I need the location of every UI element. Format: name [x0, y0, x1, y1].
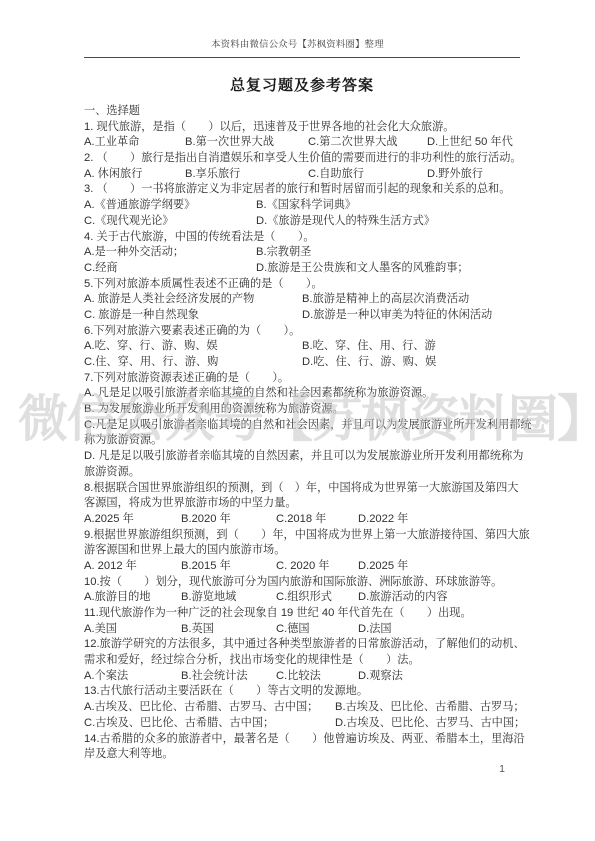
- question-text: A. 凡是足以吸引旅游者亲临其境的自然和社会因素都统称为旅游资源。: [84, 386, 520, 402]
- option-cell: B.英国: [181, 622, 276, 638]
- question-text: 11.现代旅游作为一种广泛的社会现象自 19 世纪 40 年代首先在（ ）出现。: [84, 606, 520, 622]
- option-cell: B.古埃及、巴比伦、古希腊、古罗马；: [335, 700, 525, 716]
- options-row: A.工业革命B.第一次世界大战C.第二次世界大战D.上世纪 50 年代: [84, 135, 520, 151]
- question-text: 5.下列对旅游本质属性表述不正确的是（ ）。: [84, 277, 520, 293]
- option-cell: C.住、穿、用、行、游、购: [84, 355, 302, 371]
- options-row: A.2025 年B.2020 年C.2018 年D.2022 年: [84, 512, 520, 528]
- options-row: C.经商D.旅游是王公贵族和文人墨客的风雅韵事；: [84, 261, 520, 277]
- option-cell: A. 2012 年: [84, 559, 181, 575]
- question-text: 游客源国和世界上最大的国内旅游市场。: [84, 543, 520, 559]
- question-text: 12.旅游学研究的方法很多，其中通过各种类型旅游者的日常旅游活动，了解他们的动机…: [84, 637, 520, 653]
- option-cell: C.《现代观光论》: [84, 214, 256, 230]
- question-text: 旅游资源。: [84, 465, 520, 481]
- option-cell: B.社会统计法: [181, 669, 276, 685]
- options-row: A. 旅游是人类社会经济发展的产物B.旅游是精神上的高层次消费活动: [84, 292, 520, 308]
- option-cell: A.个案法: [84, 669, 181, 685]
- option-cell: D.观察法: [358, 669, 520, 685]
- options-row: A.古埃及、巴比伦、古希腊、古罗马、古中国；B.古埃及、巴比伦、古希腊、古罗马；: [84, 700, 520, 716]
- section-heading: 一、选择题: [84, 104, 520, 120]
- option-cell: A. 休闲旅行: [84, 167, 185, 183]
- option-cell: A.美国: [84, 622, 181, 638]
- option-cell: C.自助旅行: [308, 167, 427, 183]
- question-text: 称为旅游资源。: [84, 433, 520, 449]
- option-cell: A.旅游目的地: [84, 590, 181, 606]
- question-text: B. 为发展旅游业所开发利用的资源统称为旅游资源。: [84, 402, 520, 418]
- options-row: A.美国B.英国C.德国D.法国: [84, 622, 520, 638]
- option-cell: C. 旅游是一种自然现象: [84, 308, 302, 324]
- option-cell: D.旅游是王公贵族和文人墨客的风雅韵事；: [256, 261, 520, 277]
- option-cell: B.享乐旅行: [185, 167, 308, 183]
- question-text: D. 凡是足以吸引旅游者亲临其境的自然因素，并且可以为发展旅游业所开发利用都统称…: [84, 449, 520, 465]
- option-cell: A.《普通旅游学纲要》: [84, 198, 256, 214]
- option-cell: C.经商: [84, 261, 256, 277]
- document-page: 本资料由微信公众号【苏枫资料圈】整理 总复习题及参考答案 一、选择题1. 现代旅…: [0, 0, 595, 841]
- option-cell: D.2022 年: [358, 512, 520, 528]
- option-cell: D.吃、住、行、游、购、娱: [302, 355, 520, 371]
- option-cell: A.2025 年: [84, 512, 181, 528]
- question-text: 2. （ ）旅行是指出自消遣娱乐和享受人生价值的需要而进行的非功利性的旅行活动。: [84, 151, 520, 167]
- option-cell: D.野外旅行: [427, 167, 520, 183]
- options-row: A.个案法B.社会统计法C.比较法D.观察法: [84, 669, 520, 685]
- option-cell: B.2015 年: [181, 559, 276, 575]
- question-text: C.凡是足以吸引旅游者亲临其境的自然和社会因素，并且可以为发展旅游业所开发利用都…: [84, 418, 520, 434]
- option-cell: C.比较法: [276, 669, 358, 685]
- question-text: 1. 现代旅游，是指（ ）以后，迅速普及于世界各地的社会化大众旅游。: [84, 120, 520, 136]
- option-cell: B.游览地域: [181, 590, 276, 606]
- option-cell: B.2020 年: [181, 512, 276, 528]
- option-cell: C.古埃及、巴比伦、古希腊、古中国；: [84, 716, 335, 732]
- option-cell: A.吃、穿、行、游、购、娱: [84, 339, 302, 355]
- question-text: 9.根据世界旅游组织预测，到（ ）年，中国将成为世界上第一大旅游接待国、第四大旅: [84, 528, 520, 544]
- option-cell: A.工业革命: [84, 135, 185, 151]
- page-number: 1: [492, 763, 512, 775]
- question-text: 需求和爱好，经过综合分析，找出市场变化的规律性是（ ）法。: [84, 653, 520, 669]
- option-cell: C. 2020 年: [276, 559, 358, 575]
- question-text: 13.古代旅行活动主要活跃在（ ）等古文明的发源地。: [84, 684, 520, 700]
- question-text: 6.下列对旅游六要素表述正确的为（ ）。: [84, 324, 520, 340]
- option-cell: D.古埃及、巴比伦、古罗马、古中国；: [335, 716, 525, 732]
- option-cell: D.旅游活动的内容: [358, 590, 520, 606]
- options-row: C. 旅游是一种自然现象D.旅游是一种以审美为特征的休闲活动: [84, 308, 520, 324]
- page-title: 总复习题及参考答案: [84, 74, 520, 95]
- header-rule: [84, 57, 520, 58]
- option-cell: A. 旅游是人类社会经济发展的产物: [84, 292, 302, 308]
- option-cell: B.旅游是精神上的高层次消费活动: [302, 292, 520, 308]
- option-cell: C.组织形式: [276, 590, 358, 606]
- option-cell: C.2018 年: [276, 512, 358, 528]
- question-text: 14.古希腊的众多的旅游者中，最著名是（ ）他曾遍访埃及、两亚、希腊本土，里海沿: [84, 732, 520, 748]
- options-row: A. 休闲旅行B.享乐旅行C.自助旅行D.野外旅行: [84, 167, 520, 183]
- option-cell: D.2025 年: [358, 559, 520, 575]
- options-row: A.是一种外交活动；B.宗教朝圣: [84, 245, 520, 261]
- option-cell: C.德国: [276, 622, 358, 638]
- options-row: C.住、穿、用、行、游、购D.吃、住、行、游、购、娱: [84, 355, 520, 371]
- option-cell: B.宗教朝圣: [256, 245, 520, 261]
- options-row: A. 2012 年B.2015 年C. 2020 年D.2025 年: [84, 559, 520, 575]
- question-text: 8.根据联合国世界旅游组织的预测，到（ ）年，中国将成为世界第一大旅游国及第四大: [84, 481, 520, 497]
- options-row: A.旅游目的地B.游览地域C.组织形式D.旅游活动的内容: [84, 590, 520, 606]
- options-row: A.吃、穿、行、游、购、娱B.吃、穿、住、用、行、游: [84, 339, 520, 355]
- option-cell: C.第二次世界大战: [308, 135, 427, 151]
- question-text: 4. 关于古代旅游，中国的传统看法是（ ）。: [84, 230, 520, 246]
- option-cell: D.上世纪 50 年代: [427, 135, 520, 151]
- option-cell: B.第一次世界大战: [185, 135, 308, 151]
- options-row: C.《现代观光论》D.《旅游是现代人的特殊生活方式》: [84, 214, 520, 230]
- question-text: 岸及意大利等地。: [84, 747, 520, 763]
- option-cell: A.是一种外交活动；: [84, 245, 256, 261]
- option-cell: D.《旅游是现代人的特殊生活方式》: [256, 214, 520, 230]
- header-note: 本资料由微信公众号【苏枫资料圈】整理: [0, 36, 595, 50]
- option-cell: B.《国家科学词典》: [256, 198, 520, 214]
- question-text: 7.下列对旅游资源表述正确的是（ ）。: [84, 371, 520, 387]
- option-cell: A.古埃及、巴比伦、古希腊、古罗马、古中国；: [84, 700, 335, 716]
- question-text: 10.按（ ）划分，现代旅游可分为国内旅游和国际旅游、洲际旅游、环球旅游等。: [84, 575, 520, 591]
- question-list: 一、选择题1. 现代旅游，是指（ ）以后，迅速普及于世界各地的社会化大众旅游。A…: [84, 104, 520, 763]
- option-cell: D.旅游是一种以审美为特征的休闲活动: [302, 308, 520, 324]
- question-text: 客源国，将成为世界旅游市场的中坚力量。: [84, 496, 520, 512]
- option-cell: D.法国: [358, 622, 520, 638]
- question-text: 3. （ ）一书将旅游定义为非定居者的旅行和暂时居留而引起的现象和关系的总和。: [84, 182, 520, 198]
- options-row: C.古埃及、巴比伦、古希腊、古中国；D.古埃及、巴比伦、古罗马、古中国；: [84, 716, 520, 732]
- option-cell: B.吃、穿、住、用、行、游: [302, 339, 520, 355]
- options-row: A.《普通旅游学纲要》B.《国家科学词典》: [84, 198, 520, 214]
